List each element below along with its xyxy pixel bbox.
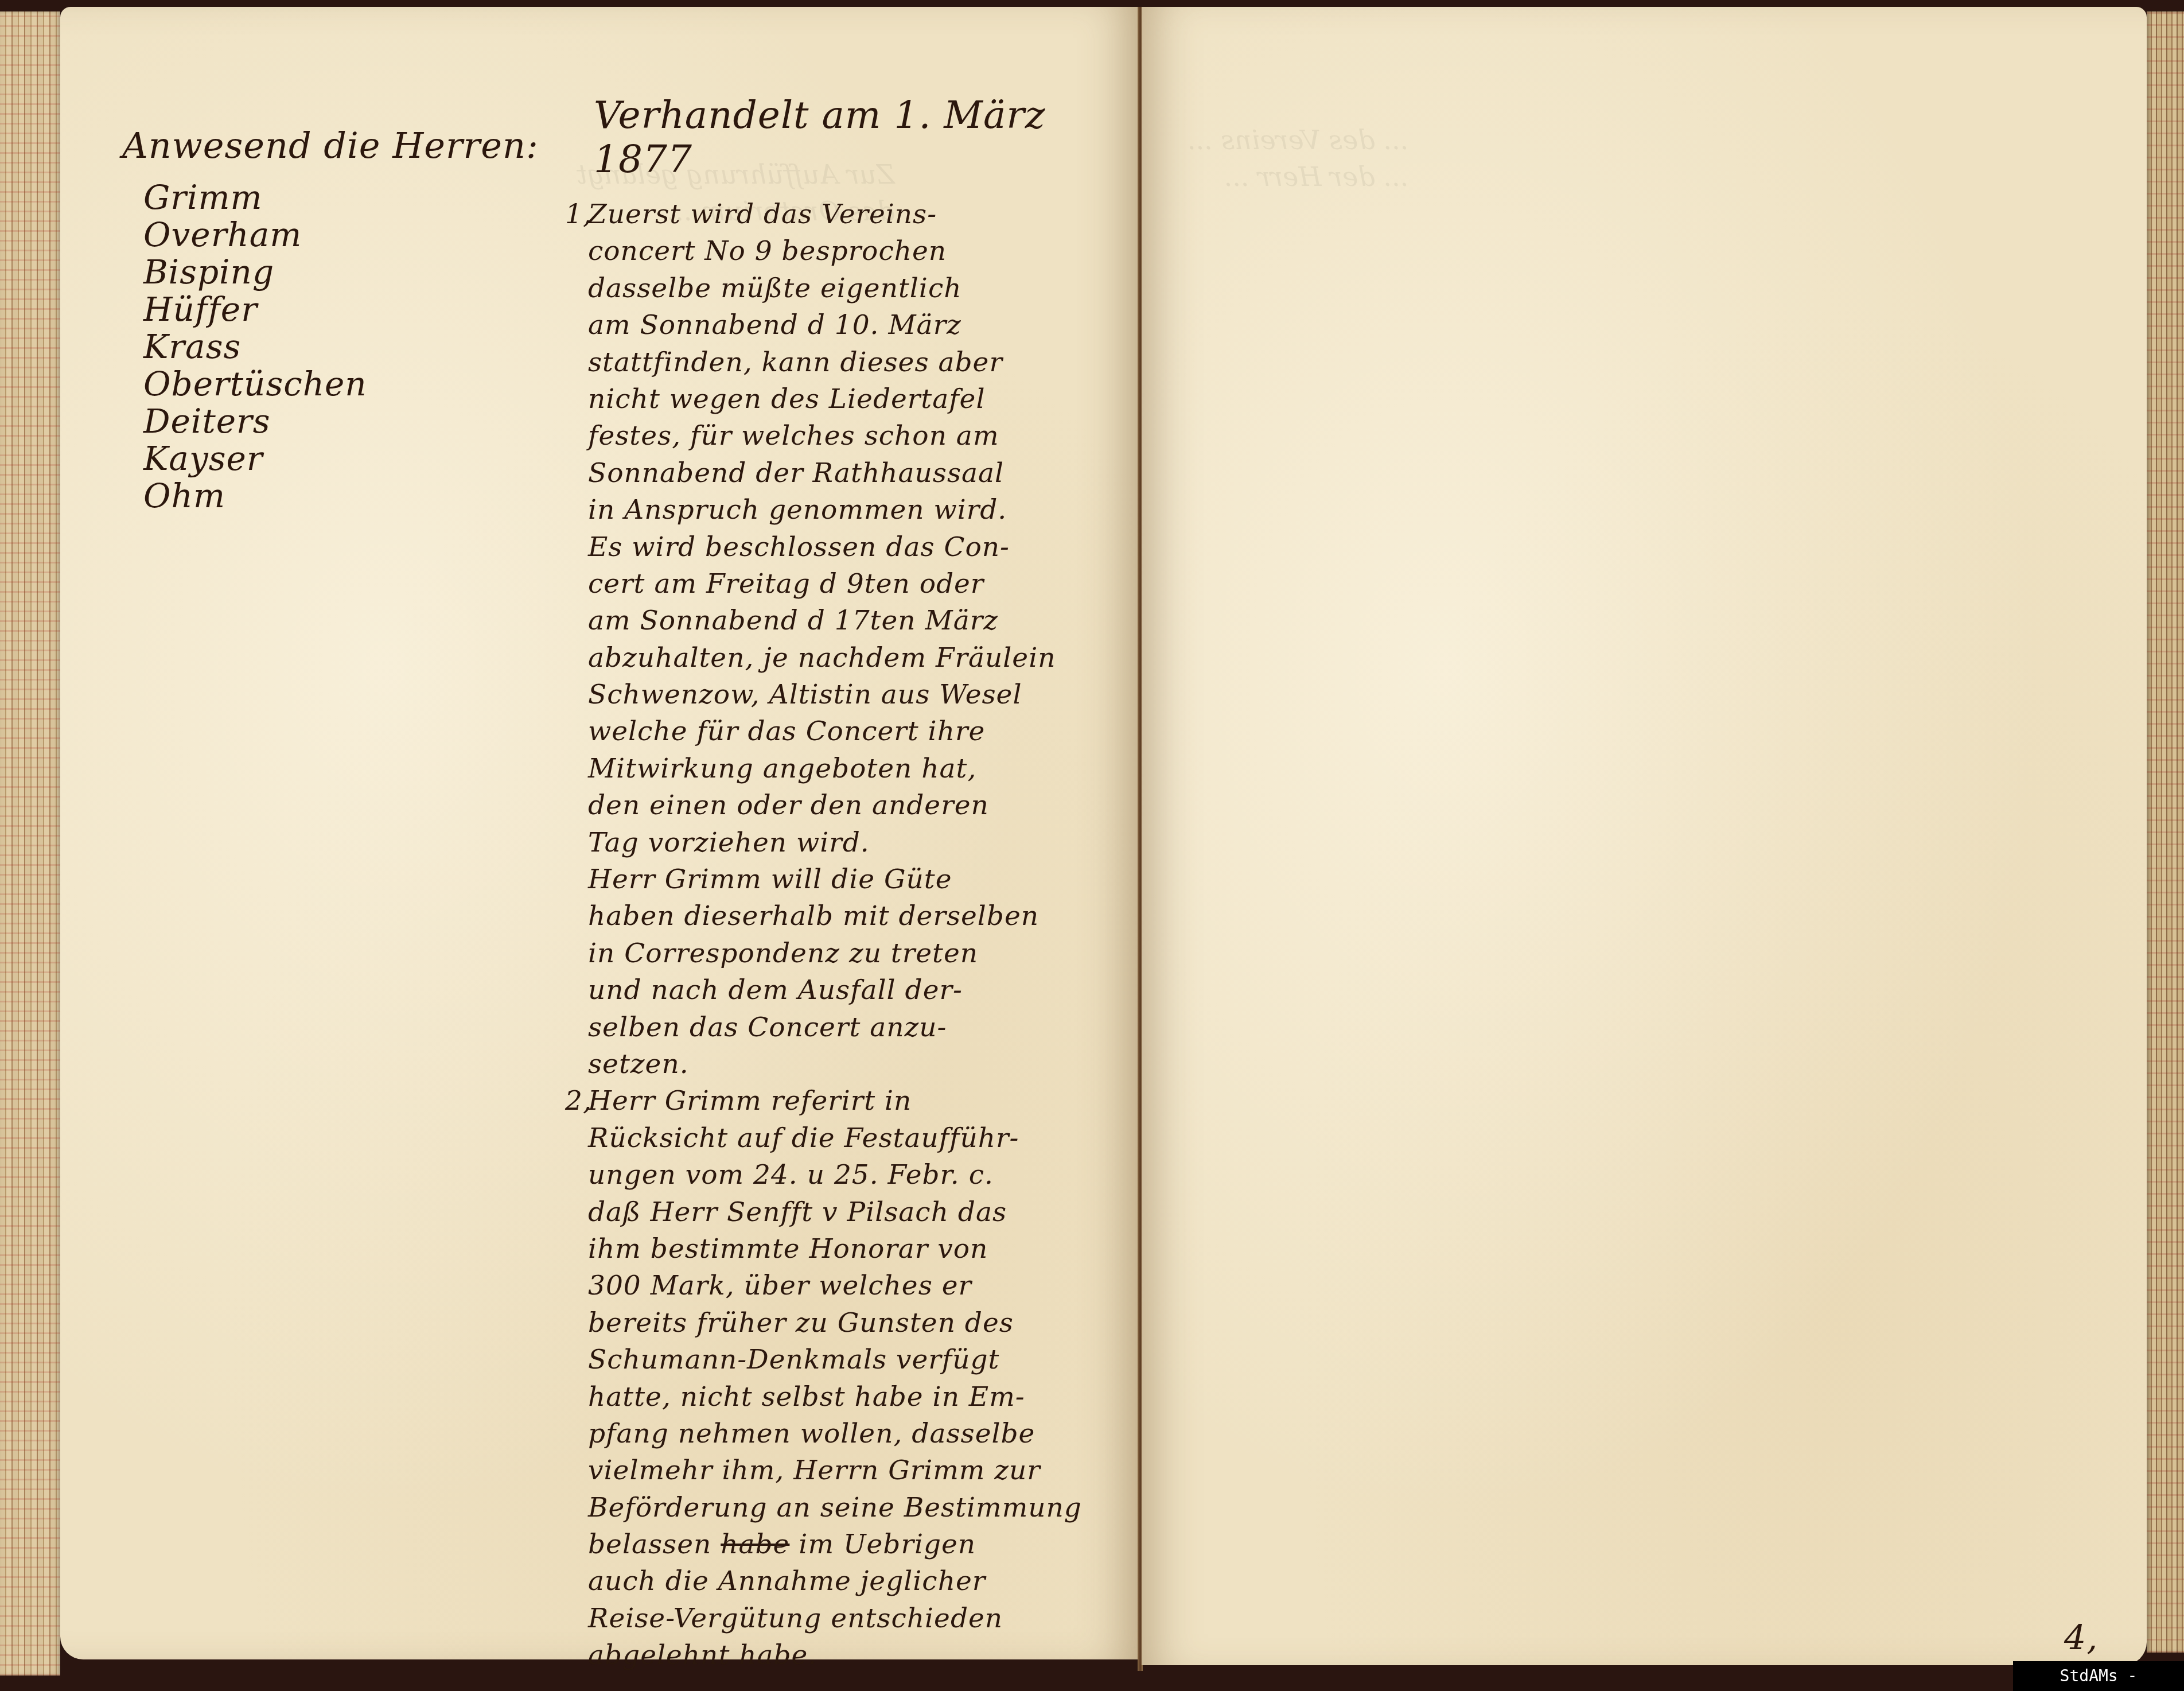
line-text: den einen oder den anderen <box>588 790 989 821</box>
line-text: nicht wegen des Liedertafel <box>588 383 985 415</box>
handwritten-line: abgelehnt habe. <box>588 1637 1082 1674</box>
line-text: Reise-Vergütung entschieden <box>588 1603 1003 1634</box>
minutes-date-heading: Verhandelt am 1. März 1877 <box>594 93 1139 181</box>
handwritten-line: abzuhalten, je nachdem Fräulein <box>588 640 1082 677</box>
line-text: haben dieserhalb mit derselben <box>588 900 1039 932</box>
struck-word: habe <box>721 1529 789 1560</box>
handwritten-line: 2,Herr Grimm referirt in <box>588 1083 1082 1119</box>
handwritten-line: pfang nehmen wollen, dasselbe <box>588 1416 1082 1452</box>
handwritten-line: Schwenzow, Altistin aus Wesel <box>588 677 1082 713</box>
handwritten-line: haben dieserhalb mit derselben <box>588 898 1082 935</box>
line-text: stattfinden, kann dieses aber <box>588 347 1003 378</box>
right-page-edges <box>2147 11 2184 1653</box>
line-text: am Sonnabend d 10. März <box>588 309 961 341</box>
line-text: vielmehr ihm, Herrn Grimm zur <box>588 1455 1041 1486</box>
handwritten-line: belassen habe im Uebrigen <box>588 1526 1082 1563</box>
handwritten-line: Beförderung an seine Bestimmung <box>588 1490 1082 1526</box>
handwritten-line: daß Herr Senfft v Pilsach das <box>588 1194 1082 1231</box>
handwritten-line: dasselbe müßte eigentlich <box>588 270 1082 307</box>
line-text: Beförderung an seine Bestimmung <box>588 1492 1082 1523</box>
line-text: Rücksicht auf die Festaufführ- <box>588 1122 1019 1154</box>
handwritten-line: am Sonnabend d 10. März <box>588 307 1082 344</box>
handwritten-line: am Sonnabend d 17ten März <box>588 602 1082 639</box>
handwritten-line: stattfinden, kann dieses aber <box>588 344 1082 381</box>
page-number: 4, <box>2064 1618 2098 1658</box>
handwritten-line: hatte, nicht selbst habe in Em- <box>588 1379 1082 1416</box>
handwritten-line: Es wird beschlossen das Con- <box>588 529 1082 566</box>
item-number: 1, <box>565 196 588 233</box>
line-text: Sonnabend der Rathhaussaal <box>588 457 1004 489</box>
attendee-name: Deiters <box>143 403 367 440</box>
handwritten-line: in Anspruch genommen wird. <box>588 492 1082 528</box>
line-text: abzuhalten, je nachdem Fräulein <box>588 642 1056 674</box>
handwritten-line: Reise-Vergütung entschieden <box>588 1600 1082 1637</box>
line-text: festes, für welches schon am <box>588 420 999 452</box>
line-text: Herr Grimm referirt in <box>588 1085 912 1117</box>
handwritten-line: Tag vorziehen wird. <box>588 825 1082 861</box>
handwritten-line: nicht wegen des Liedertafel <box>588 381 1082 418</box>
handwritten-line: setzen. <box>588 1046 1082 1083</box>
handwritten-line: in Correspondenz zu treten <box>588 935 1082 972</box>
line-text: cert am Freitag d 9ten oder <box>588 568 984 600</box>
right-page: ... des Vereins ... ... der Herr ... 3,H… <box>1142 7 2147 1665</box>
line-text: Tag vorziehen wird. <box>588 827 870 858</box>
left-page-edges <box>0 11 60 1676</box>
attendee-name: Ohm <box>143 477 367 515</box>
line-text: abgelehnt habe. <box>588 1639 817 1671</box>
attendee-name: Bisping <box>143 254 367 291</box>
attendee-name: Hüffer <box>143 291 367 328</box>
line-text: Schumann-Denkmals verfügt <box>588 1344 999 1375</box>
handwritten-line: Herr Grimm will die Güte <box>588 861 1082 898</box>
line-text: in Anspruch genommen wird. <box>588 494 1007 526</box>
line-text: hatte, nicht selbst habe in Em- <box>588 1381 1025 1413</box>
attendee-name: Krass <box>143 328 367 366</box>
line-text: Herr Grimm will die Güte <box>588 864 952 895</box>
line-text: ihm bestimmte Honorar von <box>588 1233 988 1265</box>
handwritten-line: den einen oder den anderen <box>588 787 1082 824</box>
left-page: Zur Aufführung gelangt das Oratorium ...… <box>60 7 1139 1659</box>
line-text: Es wird beschlossen das Con- <box>588 531 1010 563</box>
line-text: belassen habe im Uebrigen <box>588 1529 976 1560</box>
handwritten-line: selben das Concert anzu- <box>588 1009 1082 1046</box>
archive-signature-label: StdAMs - MV_002a_311 <box>2013 1661 2184 1691</box>
line-text: in Correspondenz zu treten <box>588 938 978 969</box>
item-number: 2, <box>565 1083 588 1119</box>
handwritten-line: auch die Annahme jeglicher <box>588 1563 1082 1600</box>
line-text: bereits früher zu Gunsten des <box>588 1307 1014 1339</box>
line-text: welche für das Concert ihre <box>588 716 985 747</box>
handwritten-line: 1,Zuerst wird das Vereins- <box>588 196 1082 233</box>
line-text: auch die Annahme jeglicher <box>588 1565 986 1597</box>
handwritten-line: vielmehr ihm, Herrn Grimm zur <box>588 1452 1082 1489</box>
book-spread: Zur Aufführung gelangt das Oratorium ...… <box>0 0 2184 1691</box>
handwritten-line: 300 Mark, über welches er <box>588 1268 1082 1304</box>
attendance-heading: Anwesend die Herren: <box>122 125 539 166</box>
attendee-name: Grimm <box>143 179 367 216</box>
line-text: selben das Concert anzu- <box>588 1012 947 1043</box>
line-text: am Sonnabend d 17ten März <box>588 605 998 636</box>
line-text: daß Herr Senfft v Pilsach das <box>588 1196 1007 1228</box>
handwritten-line: ungen vom 24. u 25. Febr. c. <box>588 1157 1082 1194</box>
handwritten-line: Schumann-Denkmals verfügt <box>588 1342 1082 1378</box>
line-text: ungen vom 24. u 25. Febr. c. <box>588 1159 994 1191</box>
line-text: Zuerst wird das Vereins- <box>588 199 937 230</box>
line-text: dasselbe müßte eigentlich <box>588 273 961 304</box>
handwritten-line: und nach dem Ausfall der- <box>588 972 1082 1009</box>
line-text: und nach dem Ausfall der- <box>588 974 963 1006</box>
handwritten-line: Mitwirkung angeboten hat, <box>588 751 1082 787</box>
handwritten-line: Rücksicht auf die Festaufführ- <box>588 1120 1082 1157</box>
handwritten-line: concert No 9 besprochen <box>588 233 1082 270</box>
line-text: concert No 9 besprochen <box>588 235 947 267</box>
attendee-name: Overham <box>143 216 367 254</box>
handwritten-line: ihm bestimmte Honorar von <box>588 1231 1082 1268</box>
attendee-list: Grimm Overham Bisping Hüffer Krass Obert… <box>143 179 367 515</box>
attendee-name: Obertüschen <box>143 366 367 403</box>
handwritten-line: welche für das Concert ihre <box>588 713 1082 750</box>
attendee-name: Kayser <box>143 440 367 477</box>
line-text: setzen. <box>588 1048 689 1080</box>
line-text: pfang nehmen wollen, dasselbe <box>588 1418 1035 1449</box>
line-text: 300 Mark, über welches er <box>588 1270 972 1301</box>
left-minutes-text: 1,Zuerst wird das Vereins-concert No 9 b… <box>588 196 1082 1674</box>
line-text: Schwenzow, Altistin aus Wesel <box>588 679 1022 710</box>
handwritten-line: bereits früher zu Gunsten des <box>588 1305 1082 1342</box>
show-through-text: ... des Vereins ... ... der Herr ... <box>1188 122 1408 195</box>
handwritten-line: Sonnabend der Rathhaussaal <box>588 455 1082 492</box>
handwritten-line: cert am Freitag d 9ten oder <box>588 566 1082 602</box>
handwritten-line: festes, für welches schon am <box>588 418 1082 454</box>
line-text: Mitwirkung angeboten hat, <box>588 753 976 784</box>
